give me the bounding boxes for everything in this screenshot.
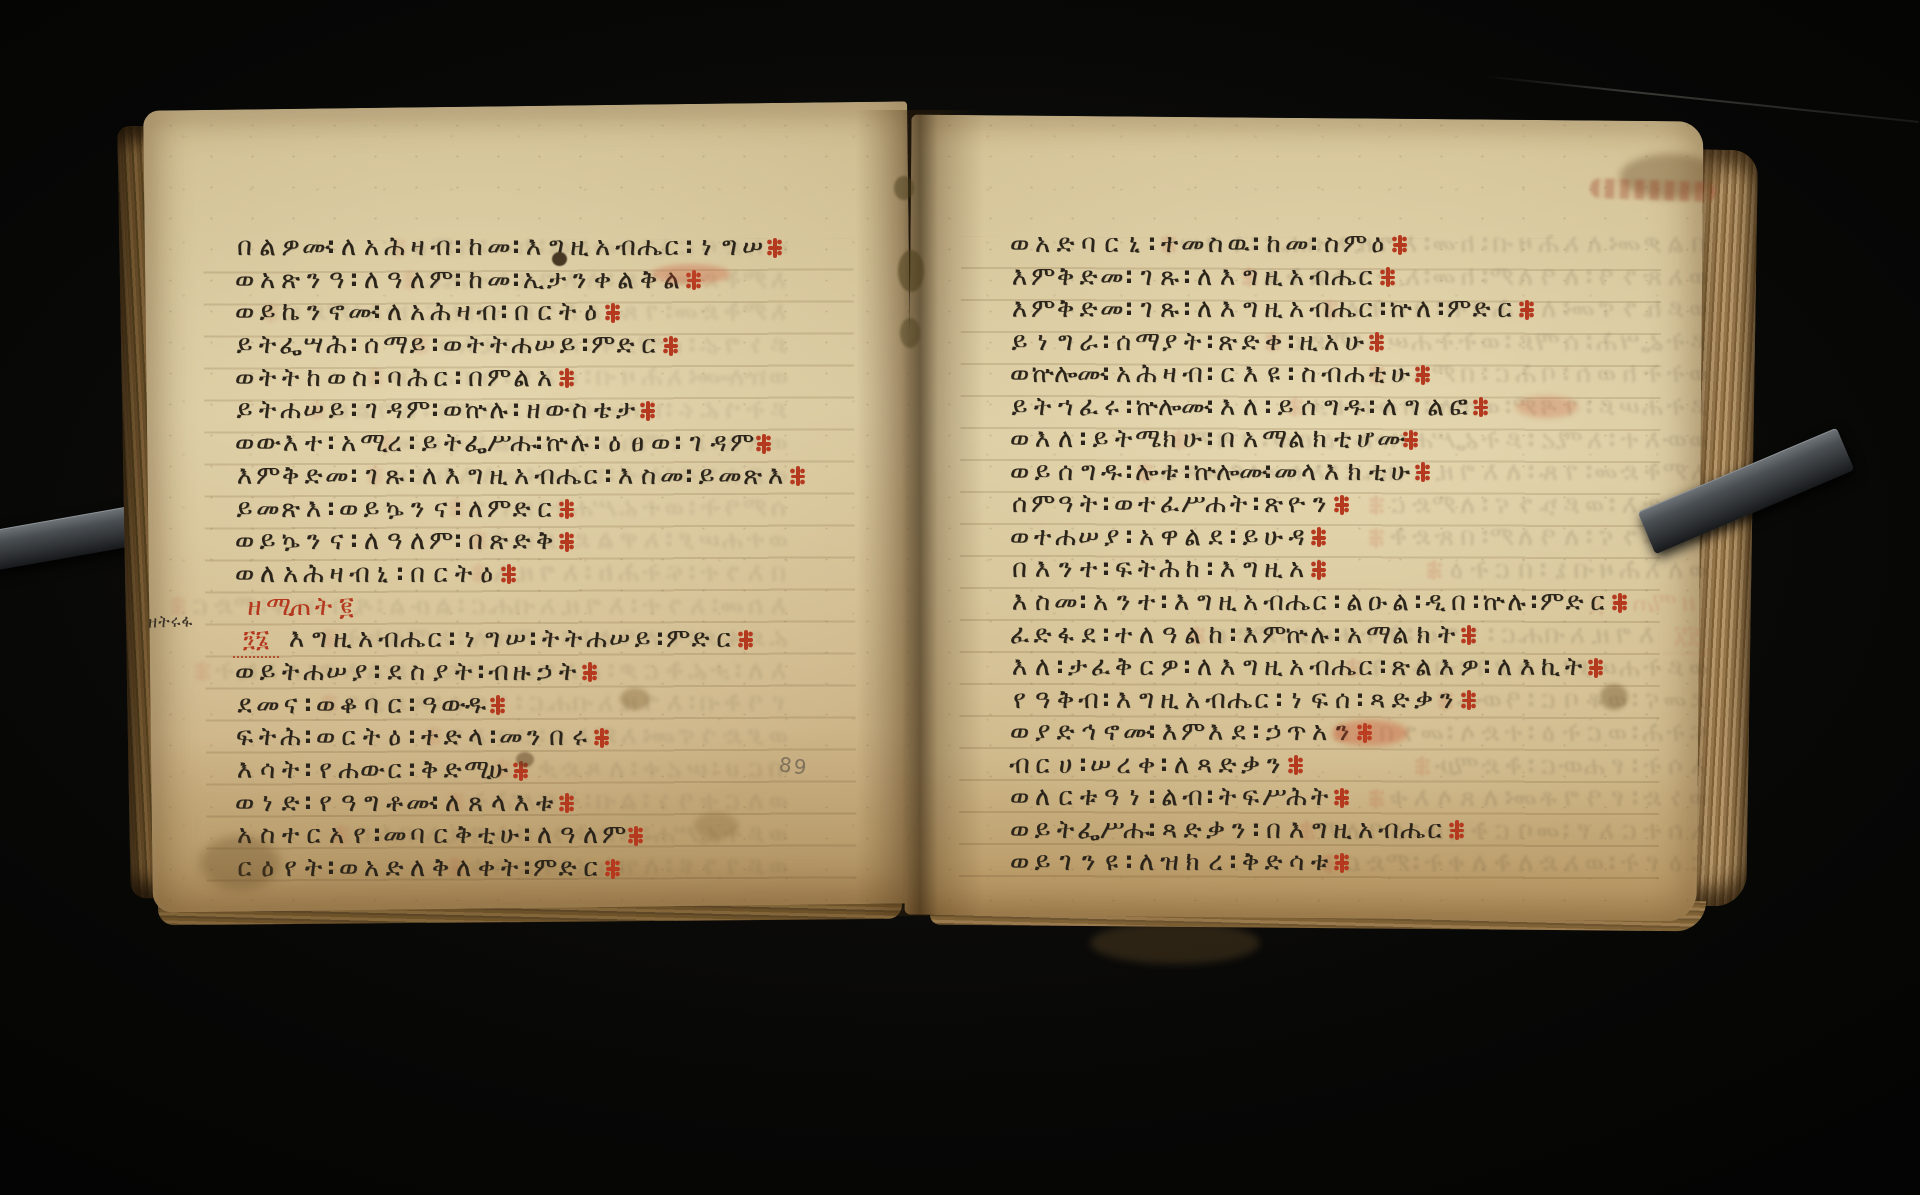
manuscript-line: ወያድኅኖሙ:እምእደ:ኃጥአን	[1008, 716, 1658, 749]
manuscript-line: ወለአሕዛብኒ:በርትዕ	[233, 558, 773, 591]
photo-stage: በልዎሙ:ለአሕዛብ:ከመ:እግዚአብሔር:ነግሠወአጽንዓ:ለዓለም:ከመ:ኢ…	[0, 0, 1920, 1195]
word-divider: :	[510, 393, 522, 426]
manuscript-line: ይትፌሣሕ:ሰማይ:ወትትሐሠይ:ምድር	[233, 329, 773, 362]
manuscript-line: በእንተ:ፍትሕከ:እግዚአ	[1008, 553, 1658, 586]
word-divider: :	[429, 786, 441, 819]
manuscript-line: ወይትፌሥሑ:ጻድቃን:በእግዚአብሔር	[1008, 814, 1658, 847]
word-divider: :	[1285, 325, 1297, 358]
word-divider: :	[1146, 813, 1158, 846]
manuscript-line: ርዕየት:ወአድለቅለቀት:ምድር	[233, 852, 773, 885]
word-divider: :	[348, 524, 360, 557]
word-divider: :	[325, 426, 337, 459]
word-divider: :	[1435, 292, 1447, 325]
paragraph-mark-icon	[1310, 526, 1327, 550]
paragraph-mark-icon	[1310, 558, 1327, 582]
stray-thread	[1481, 75, 1919, 123]
word-divider: :	[325, 492, 337, 525]
paragraph-mark-icon	[593, 726, 610, 750]
paragraph-mark-icon	[1333, 786, 1350, 810]
word-divider: :	[1146, 715, 1158, 748]
word-divider: :	[406, 720, 418, 753]
word-divider: :	[1123, 292, 1135, 325]
manuscript-line: እለ:ታፈቅርዎ:ለእግዚአብሔር:ጽልእዎ:ለእኪት	[1008, 651, 1658, 684]
word-divider: :	[1204, 357, 1216, 390]
manuscript-line: ወአጽንዓ:ለዓለም:ከመ:ኢታንቀልቅል	[233, 264, 773, 297]
paragraph-mark-icon	[1587, 656, 1604, 680]
word-divider: :	[1308, 227, 1320, 260]
word-divider: :	[1250, 227, 1262, 260]
word-divider: :	[1354, 683, 1366, 716]
word-divider: :	[1412, 585, 1424, 618]
paragraph-mark-icon	[1472, 396, 1489, 420]
manuscript-line: እምቅድመ:ገጹ:ለእግዚአብሔር	[1008, 261, 1658, 294]
paragraph-mark-icon	[558, 792, 575, 816]
word-divider: :	[1366, 390, 1378, 423]
paragraph-mark-icon	[558, 367, 575, 391]
left-page-text-column: በልዎሙ:ለአሕዛብ:ከመ:እግዚአብሔር:ነግሠወአጽንዓ:ለዓለም:ከመ:ኢ…	[233, 231, 773, 885]
word-divider: :	[1470, 585, 1482, 618]
word-divider: :	[1077, 748, 1089, 781]
manuscript-line: ወይኬንኖሙ:ለአሕዛብ:በርትዕ	[233, 296, 773, 329]
paragraph-mark-icon	[1448, 819, 1465, 843]
word-divider: :	[1123, 260, 1135, 293]
paragraph-mark-icon	[737, 628, 754, 652]
paragraph-mark-icon	[662, 334, 679, 358]
word-divider: :	[579, 328, 591, 361]
paragraph-mark-icon	[1518, 298, 1535, 322]
word-divider: :	[1100, 552, 1112, 585]
word-divider: :	[371, 361, 383, 394]
word-divider: :	[1331, 618, 1343, 651]
paragraph-mark-icon	[627, 824, 644, 848]
manuscript-line: የዓቅብ:እግዚአብሔር:ነፍሰ:ጻድቃን	[1008, 684, 1658, 717]
paragraph-mark-icon	[639, 399, 656, 423]
word-divider: :	[325, 851, 337, 884]
word-divider: :	[498, 295, 510, 328]
word-divider: :	[1250, 715, 1262, 748]
manuscript-line: ወተሐሠያ:አዋልደ:ይሁዳ	[1008, 521, 1658, 554]
word-divider: :	[406, 426, 418, 459]
word-divider: :	[1100, 618, 1112, 651]
word-divider: :	[1262, 455, 1274, 488]
manuscript-line: እምቅድመ:ገጹ:ለእግዚአብሔር:ኵለ:ምድር	[1008, 293, 1658, 326]
word-divider: :	[1273, 683, 1285, 716]
word-divider: :	[510, 230, 522, 263]
paragraph-mark-icon	[1287, 754, 1304, 778]
word-divider: :	[452, 361, 464, 394]
word-divider: :	[521, 851, 533, 884]
paragraph-mark-icon	[581, 661, 598, 685]
word-divider: :	[452, 230, 464, 263]
word-divider: :	[302, 753, 314, 786]
word-divider: :	[1077, 585, 1089, 618]
manuscript-line: ወለርቱዓነ:ልብ:ትፍሥሕት	[1008, 781, 1658, 814]
word-divider: :	[683, 230, 695, 263]
word-divider: :	[302, 720, 314, 753]
manuscript-line: ወይገንዩ:ለዝክረ:ቅድሳቱ	[1008, 846, 1658, 879]
word-divider: :	[1054, 650, 1066, 683]
paragraph-mark-icon	[500, 563, 517, 587]
paragraph-mark-icon	[1333, 493, 1350, 517]
word-divider: :	[1158, 585, 1170, 618]
word-divider: :	[371, 655, 383, 688]
manuscript-line: ወይትሐሠያ:ደስያት:ብዙኃት	[233, 656, 773, 689]
word-divider: :	[406, 753, 418, 786]
word-divider: :	[1123, 845, 1135, 878]
manuscript-line: ወአድባርኒ:ተመስዉ:ከመ:ስምዕ	[1008, 228, 1658, 261]
paragraph-mark-icon	[685, 269, 702, 293]
psalm-number: ፺፮	[233, 623, 279, 658]
margin-note: ዘትሩፋ	[148, 611, 194, 632]
paragraph-mark-icon	[512, 759, 529, 783]
word-divider: :	[1123, 390, 1135, 423]
manuscript-line: እሳት:የሐውር:ቅድሚሁ	[233, 754, 773, 787]
word-divider: :	[521, 818, 533, 851]
word-divider: :	[371, 818, 383, 851]
word-divider: :	[1331, 585, 1343, 618]
pencil-page-number: 89	[778, 752, 810, 779]
word-divider: :	[1528, 585, 1540, 618]
manuscript-line: ወትትከወስ:ባሕር:በምልአ	[233, 362, 773, 395]
manuscript-line: በልዎሙ:ለአሕዛብ:ከመ:እግዚአብሔር:ነግሠ	[233, 231, 773, 264]
manuscript-line: ወኵሎሙ:አሕዛብ:ርእዩ:ስብሐቲሁ	[1008, 358, 1658, 391]
paragraph-mark-icon	[755, 432, 772, 456]
word-divider: :	[654, 622, 666, 655]
word-divider: :	[1262, 390, 1274, 423]
word-divider: :	[1204, 552, 1216, 585]
paragraph-mark-icon	[1402, 428, 1419, 452]
word-divider: :	[1181, 260, 1193, 293]
paragraph-mark-icon	[489, 694, 506, 718]
word-divider: :	[1204, 390, 1216, 423]
manuscript-line: አስተርአየ:መባርቅቲሁ:ለዓለም	[233, 819, 773, 852]
word-divider: :	[452, 492, 464, 525]
word-divider: :	[1181, 650, 1193, 683]
word-divider: :	[1227, 520, 1239, 553]
word-divider: :	[429, 393, 441, 426]
paragraph-mark-icon	[558, 498, 575, 522]
paragraph-mark-icon	[1379, 266, 1396, 290]
paragraph-mark-icon	[1333, 851, 1350, 875]
word-divider: :	[1158, 748, 1170, 781]
manuscript-line: ወይሰግዱ:ሎቱ:ኵሎሙ:መላእክቲሁ	[1008, 456, 1658, 489]
paragraph-mark-icon	[789, 465, 806, 489]
word-divider: :	[1204, 422, 1216, 455]
rubric-title: ዘሚጠት፪	[233, 591, 773, 624]
manuscript-line: ወውእተ:አሚረ:ይትፌሥሑ:ኵሉ:ዕፀወ:ገዳም	[233, 427, 773, 460]
word-divider: :	[1100, 487, 1112, 520]
word-divider: :	[348, 459, 360, 492]
word-divider: :	[371, 295, 383, 328]
manuscript-line: ይመጽእ:ወይኴንና:ለምድር	[233, 493, 773, 526]
right-page-text-column: ወአድባርኒ:ተመስዉ:ከመ:ስምዕእምቅድመ:ገጹ:ለእግዚአብሔርእምቅድመ…	[1008, 228, 1658, 879]
word-divider: :	[406, 459, 418, 492]
paragraph-mark-icon	[1611, 591, 1628, 615]
paragraph-mark-icon	[766, 236, 783, 260]
manuscript-line: ይትሐሠይ:ገዳም:ወኵሉ:ዘውስቴታ	[233, 394, 773, 427]
paragraph-mark-icon	[1391, 233, 1408, 257]
paragraph-mark-icon	[1356, 721, 1373, 745]
word-divider: :	[1181, 455, 1193, 488]
manuscript-line: ፺፮እግዚአብሔር:ነግሠ:ትትሐሠይ:ምድር	[233, 623, 773, 656]
word-divider: :	[1227, 618, 1239, 651]
word-divider: :	[683, 459, 695, 492]
word-divider: :	[591, 426, 603, 459]
word-divider: :	[1204, 780, 1216, 813]
word-divider: :	[446, 622, 458, 655]
word-divider: :	[527, 622, 539, 655]
manuscript-line: ሰምዓት:ወተፈሥሐት:ጽዮን	[1008, 488, 1658, 521]
word-divider: :	[302, 688, 314, 721]
word-divider: :	[602, 459, 614, 492]
word-divider: :	[1123, 520, 1135, 553]
word-divider: :	[302, 786, 314, 819]
word-divider: :	[1285, 357, 1297, 390]
manuscript-line: እምቅድመ:ገጹ:ለእግዚአብሔር:እስመ:ይመጽእ	[233, 460, 773, 493]
page-grime	[1090, 922, 1260, 964]
manuscript-line: ደመና:ወቆባር:ዓውዱ	[233, 689, 773, 722]
word-divider: :	[1077, 422, 1089, 455]
word-divider: :	[348, 328, 360, 361]
paragraph-mark-icon	[1368, 331, 1385, 355]
manuscript-line: ወእለ:ይትሜክሁ:በአማልክቲሆሙ	[1008, 423, 1658, 456]
word-divider: :	[1100, 325, 1112, 358]
word-divider: :	[533, 426, 545, 459]
manuscript-line: ይትኀፈሩ:ኵሎሙ:እለ:ይሰግዱ:ለግልፎ	[1008, 391, 1658, 424]
paragraph-mark-icon	[604, 301, 621, 325]
word-divider: :	[452, 524, 464, 557]
paragraph-mark-icon	[1460, 624, 1477, 648]
word-divider: :	[429, 328, 441, 361]
word-divider: :	[1377, 292, 1389, 325]
word-divider: :	[1250, 487, 1262, 520]
paragraph-mark-icon	[1414, 461, 1431, 485]
paragraph-mark-icon	[1460, 689, 1477, 713]
manuscript-line: እስመ:አንተ:እግዚአብሔር:ልዑል:ዲበ:ኵሉ:ምድር	[1008, 586, 1658, 619]
gutter-shadow	[856, 110, 984, 916]
manuscript-line: ወይኴንና:ለዓለም:በጽድቅ	[233, 525, 773, 558]
word-divider: :	[1146, 780, 1158, 813]
word-divider: :	[1146, 227, 1158, 260]
word-divider: :	[672, 426, 684, 459]
word-divider: :	[1181, 292, 1193, 325]
word-divider: :	[1481, 650, 1493, 683]
word-divider: :	[394, 557, 406, 590]
word-divider: :	[487, 720, 499, 753]
word-divider: :	[1250, 813, 1262, 846]
word-divider: :	[1123, 455, 1135, 488]
word-divider: :	[452, 263, 464, 296]
manuscript-line: ፈድፋደ:ተለዓልከ:እምኵሉ:አማልክት	[1008, 619, 1658, 652]
word-divider: :	[1100, 357, 1112, 390]
word-divider: :	[1204, 325, 1216, 358]
paragraph-mark-icon	[558, 530, 575, 554]
manuscript-line: ወነድ:የዓግቶሙ:ለጸላእቱ	[233, 787, 773, 820]
paragraph-mark-icon	[604, 857, 621, 881]
paragraph-mark-icon	[1414, 363, 1431, 387]
word-divider: :	[475, 655, 487, 688]
manuscript-line: ብርሀ:ሠረቀ:ለጻድቃን	[1008, 749, 1658, 782]
manuscript-line: ይነግራ:ሰማያት:ጽድቀ:ዚአሁ	[1008, 326, 1658, 359]
word-divider: :	[406, 688, 418, 721]
word-divider: :	[1377, 650, 1389, 683]
word-divider: :	[348, 393, 360, 426]
word-divider: :	[1100, 683, 1112, 716]
word-divider: :	[1227, 845, 1239, 878]
word-divider: :	[510, 263, 522, 296]
manuscript-line: ፍትሕ:ወርትዕ:ተድላ:መንበሩ	[233, 721, 773, 754]
word-divider: :	[348, 263, 360, 296]
word-divider: :	[325, 230, 337, 263]
